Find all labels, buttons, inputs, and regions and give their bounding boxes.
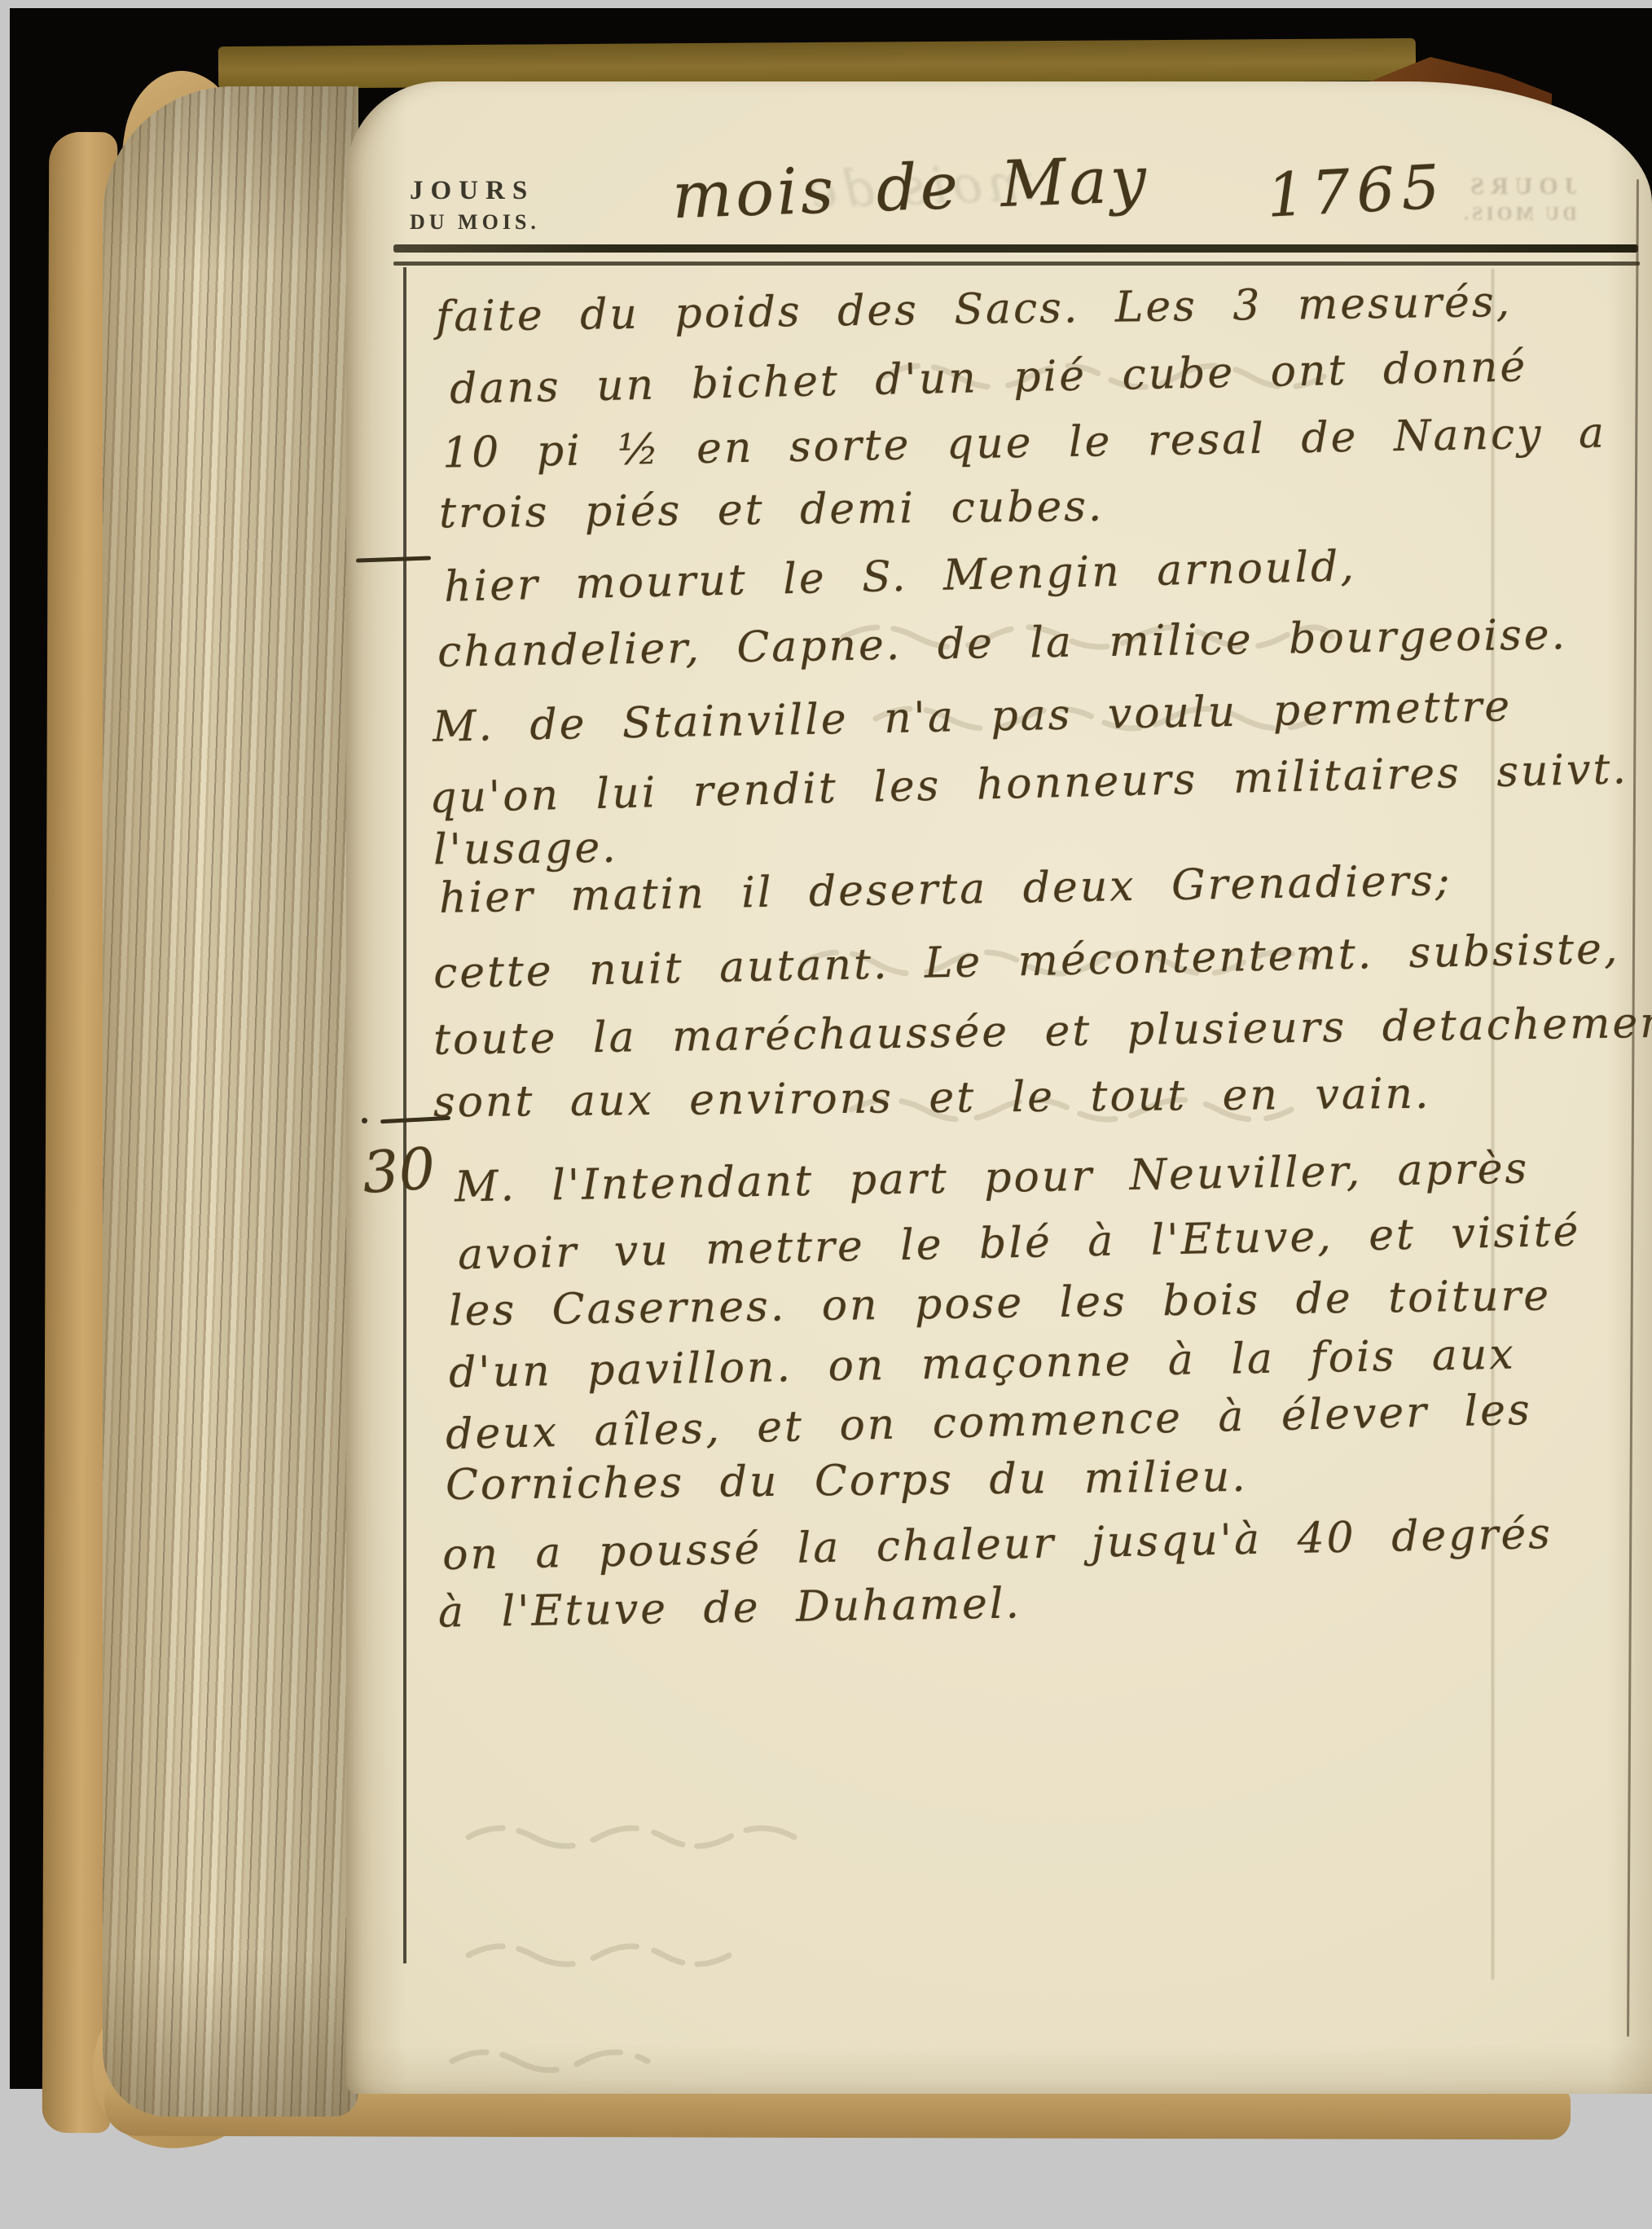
manuscript-line: chandelier, Capne. de la milice bourgeoi… bbox=[437, 610, 1568, 677]
days-of-month-label-line1: JOURS bbox=[410, 176, 540, 206]
header-double-rule-thick bbox=[393, 244, 1638, 253]
manuscript-page: mois de JOURS DU MOIS. JOURS DU MOIS. mo… bbox=[346, 81, 1652, 2094]
entry-separator-dot bbox=[362, 1118, 367, 1123]
manuscript-line: l'usage. bbox=[433, 824, 618, 875]
manuscript-line: M. de Stainville n'a pas voulu permettre bbox=[433, 682, 1513, 751]
manuscript-line: trois piés et demi cubes. bbox=[439, 482, 1105, 539]
month-title-handwritten: mois de May bbox=[671, 143, 1151, 233]
manuscript-line: les Casernes. on pose les bois de toitur… bbox=[449, 1272, 1552, 1336]
manuscript-line: dans un bichet d'un pié cube ont donné bbox=[450, 342, 1528, 414]
showthrough-jours: JOURS bbox=[1461, 173, 1577, 200]
manuscript-line: cette nuit autant. Le mécontentemt. subs… bbox=[433, 925, 1620, 998]
days-of-month-label-line2: DU MOIS. bbox=[410, 210, 540, 235]
entry-separator-dash bbox=[356, 556, 431, 562]
showthrough-du-mois: DU MOIS. bbox=[1461, 204, 1577, 226]
manuscript-line: qu'on lui rendit les honneurs militaires… bbox=[428, 745, 1628, 823]
manuscript-line: 10 pi ½ en sorte que le resal de Nancy a bbox=[442, 409, 1607, 478]
day-number: 30 bbox=[360, 1135, 437, 1207]
manuscript-line: à l'Etuve de Duhamel. bbox=[438, 1579, 1022, 1637]
manuscript-line: sont aux environs et le tout en vain. bbox=[433, 1070, 1431, 1128]
manuscript-line: Corniches du Corps du milieu. bbox=[446, 1453, 1248, 1510]
manuscript-line: deux aîles, et on commence à élever les bbox=[445, 1386, 1532, 1459]
manuscript-line: M. l'Intendant part pour Neuviller, aprè… bbox=[455, 1144, 1530, 1211]
year-handwritten: 1765 bbox=[1265, 152, 1448, 231]
manuscript-line: on a poussé la chaleur jusqu'à 40 degrés bbox=[442, 1510, 1553, 1580]
manuscript-line: avoir vu mettre le blé à l'Etuve, et vis… bbox=[458, 1207, 1581, 1280]
header-double-rule-thin bbox=[393, 262, 1640, 266]
page-edge-crease bbox=[1627, 179, 1639, 2037]
book-fore-edge-pages bbox=[103, 86, 358, 2117]
showthrough-vertical-rule bbox=[1492, 269, 1494, 1980]
days-of-month-label: JOURS DU MOIS. bbox=[410, 176, 540, 235]
manuscript-line: faite du poids des Sacs. Les 3 mesurés, bbox=[436, 278, 1513, 341]
manuscript-line: toute la maréchaussée et plusieurs detac… bbox=[433, 998, 1652, 1065]
showthrough-header-ghost: JOURS DU MOIS. bbox=[1461, 173, 1577, 226]
manuscript-line: d'un pavillon. on maçonne à la fois aux bbox=[449, 1330, 1517, 1398]
margin-vertical-rule bbox=[403, 267, 406, 1963]
manuscript-line: hier mourut le S. Mengin arnould, bbox=[443, 542, 1356, 611]
scanned-book-photograph: mois de JOURS DU MOIS. JOURS DU MOIS. mo… bbox=[0, 0, 1652, 2229]
